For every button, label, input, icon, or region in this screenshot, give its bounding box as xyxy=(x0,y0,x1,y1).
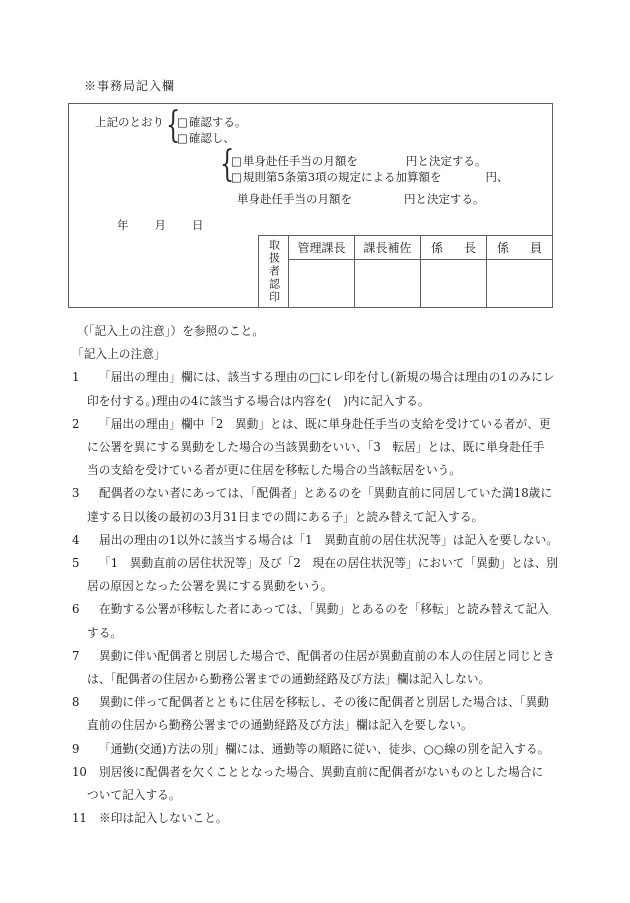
approval-stamp-row xyxy=(259,260,553,308)
decide-option-2-pre: 規則第5条第3項の規定による加算額を xyxy=(243,170,442,184)
amount-blank-3[interactable] xyxy=(352,202,404,203)
stamp-cell-kanri-kacho xyxy=(289,260,355,308)
note-item-9: 9「通勤(交通)方法の別」欄には、通勤等の順路に従い、徒歩、○○線の別を記入する… xyxy=(72,738,596,761)
date-line: 年月日 xyxy=(117,217,230,233)
day-label: 日 xyxy=(192,218,204,232)
document-page: ※事務局記入欄 上記のとおり { □確認する。 □確認し、 { □単身赴任手当の… xyxy=(0,0,630,903)
col-header-kakariin: 係 員 xyxy=(487,236,553,260)
section-label: ※事務局記入欄 xyxy=(84,77,175,94)
note-item-7: 7異動に伴い配偶者と別居した場合で、配偶者の住居が異動直前の本人の住居と同じとき… xyxy=(72,645,596,691)
decide-option-2: □規則第5条第3項の規定による加算額を円、 xyxy=(231,169,509,185)
checkbox-confirm-2[interactable]: □ xyxy=(177,131,188,145)
note-number: 4 xyxy=(72,529,99,552)
note-number: 1 xyxy=(72,366,99,389)
note-item-4: 4届出の理由の1以外に該当する場合は「1 異動直前の居住状況等」は記入を要しない… xyxy=(72,529,596,552)
prefix-label: 上記のとおり xyxy=(95,114,164,130)
stamp-cell-kakariin xyxy=(487,260,553,308)
decide-option-1-post: 円と決定する。 xyxy=(406,154,487,168)
note-text: 別居後に配偶者を欠くこととなった場合、異動直前に配偶者がないものとした場合に つ… xyxy=(87,765,543,802)
note-text: 異動に伴い配偶者と別居した場合で、配偶者の住居が異動直前の本人の住居と同じとき … xyxy=(87,649,555,686)
note-text: 「通勤(交通)方法の別」欄には、通勤等の順路に従い、徒歩、○○線の別を記入する。 xyxy=(99,742,549,756)
confirm-option-1-label: 確認する。 xyxy=(189,115,247,129)
decide-option-1: □単身赴任手当の月額を円と決定する。 xyxy=(231,153,509,169)
note-text: ※印は記入しないこと。 xyxy=(99,811,228,825)
note-text: 在勤する公署が移転した者にあっては、「異動」とあるのを「移転」と読み替えて記入 … xyxy=(87,602,549,639)
note-item-1: 1「届出の理由」欄には、該当する理由の□にレ印を付し(新規の場合は理由の1のみに… xyxy=(72,366,596,412)
reference-note: （「記入上の注意」）を参照のこと。 xyxy=(72,320,596,343)
note-item-6: 6在勤する公署が移転した者にあっては、「異動」とあるのを「移転」と読み替えて記入… xyxy=(72,598,596,644)
col-header-kakaricho: 係 長 xyxy=(421,236,487,260)
approval-table: 取扱者認印 管理課長 課長補佐 係 長 係 員 xyxy=(258,235,553,308)
monthly-line-pre: 単身赴任手当の月額を xyxy=(237,192,352,206)
note-item-10: 10別居後に配偶者を欠くこととなった場合、異動直前に配偶者がないものとした場合に… xyxy=(72,761,596,807)
amount-blank-1[interactable] xyxy=(358,164,406,165)
note-number: 11 xyxy=(72,807,99,830)
note-text: 届出の理由の1以外に該当する場合は「1 異動直前の居住状況等」は記入を要しない。 xyxy=(99,533,558,547)
note-number: 5 xyxy=(72,552,99,575)
note-number: 10 xyxy=(72,761,99,784)
note-number: 3 xyxy=(72,482,99,505)
note-item-8: 8異動に伴って配偶者とともに住居を移転し、その後に配偶者と別居した場合は、「異動… xyxy=(72,691,596,737)
note-number: 2 xyxy=(72,413,99,436)
confirm-option-2-label: 確認し、 xyxy=(189,131,235,145)
note-text: 「1 異動直前の居住状況等」及び「2 現在の居住状況等」において「異動」とは、別… xyxy=(87,556,558,593)
approval-header-row: 取扱者認印 管理課長 課長補佐 係 長 係 員 xyxy=(259,236,553,260)
note-number: 9 xyxy=(72,738,99,761)
notes-section: （「記入上の注意」）を参照のこと。 「記入上の注意」 1「届出の理由」欄には、該… xyxy=(72,320,596,830)
year-label: 年 xyxy=(117,218,129,232)
note-item-2: 2「届出の理由」欄中「2 異動」とは、既に単身赴任手当の支給を受けている者が、更… xyxy=(72,413,596,483)
note-number: 6 xyxy=(72,598,99,621)
stamp-header-cell: 取扱者認印 xyxy=(259,236,289,308)
stamp-cell-kacho-hosa xyxy=(355,260,421,308)
note-item-3: 3配偶者のない者にあっては、「配偶者」とあるのを「異動直前に同居していた満18歳… xyxy=(72,482,596,528)
checkbox-decide-2[interactable]: □ xyxy=(231,170,242,184)
note-number: 7 xyxy=(72,645,99,668)
office-entry-box: 上記のとおり { □確認する。 □確認し、 { □単身赴任手当の月額を円と決定す… xyxy=(68,103,553,308)
decide-option-1-pre: 単身赴任手当の月額を xyxy=(243,154,358,168)
stamp-cell-kakaricho xyxy=(421,260,487,308)
note-item-11: 11※印は記入しないこと。 xyxy=(72,807,596,830)
month-label: 月 xyxy=(155,218,167,232)
checkbox-decide-1[interactable]: □ xyxy=(231,154,242,168)
note-text: 「届出の理由」欄中「2 異動」とは、既に単身赴任手当の支給を受けている者が、更 … xyxy=(87,417,551,477)
note-text: 配偶者のない者にあっては、「配偶者」とあるのを「異動直前に同居していた満18歳に… xyxy=(87,486,552,523)
monthly-line-post: 円と決定する。 xyxy=(404,192,485,206)
checkbox-confirm-1[interactable]: □ xyxy=(177,115,188,129)
amount-blank-2[interactable] xyxy=(442,180,486,181)
decide-options: □単身赴任手当の月額を円と決定する。 □規則第5条第3項の規定による加算額を円、 xyxy=(231,153,509,185)
confirm-options: □確認する。 □確認し、 xyxy=(177,114,246,146)
note-number: 8 xyxy=(72,691,99,714)
notes-title: 「記入上の注意」 xyxy=(72,343,596,366)
monthly-amount-line: 単身赴任手当の月額を円と決定する。 xyxy=(237,191,485,207)
note-text: 異動に伴って配偶者とともに住居を移転し、その後に配偶者と別居した場合は、「異動 … xyxy=(87,695,549,732)
confirm-option-1: □確認する。 xyxy=(177,114,246,130)
note-item-5: 5「1 異動直前の居住状況等」及び「2 現在の居住状況等」において「異動」とは、… xyxy=(72,552,596,598)
decide-option-2-post: 円、 xyxy=(486,170,509,184)
col-header-kanri-kacho: 管理課長 xyxy=(289,236,355,260)
confirm-option-2: □確認し、 xyxy=(177,130,246,146)
col-header-kacho-hosa: 課長補佐 xyxy=(355,236,421,260)
note-text: 「届出の理由」欄には、該当する理由の□にレ印を付し(新規の場合は理由の1のみにレ… xyxy=(87,370,554,407)
